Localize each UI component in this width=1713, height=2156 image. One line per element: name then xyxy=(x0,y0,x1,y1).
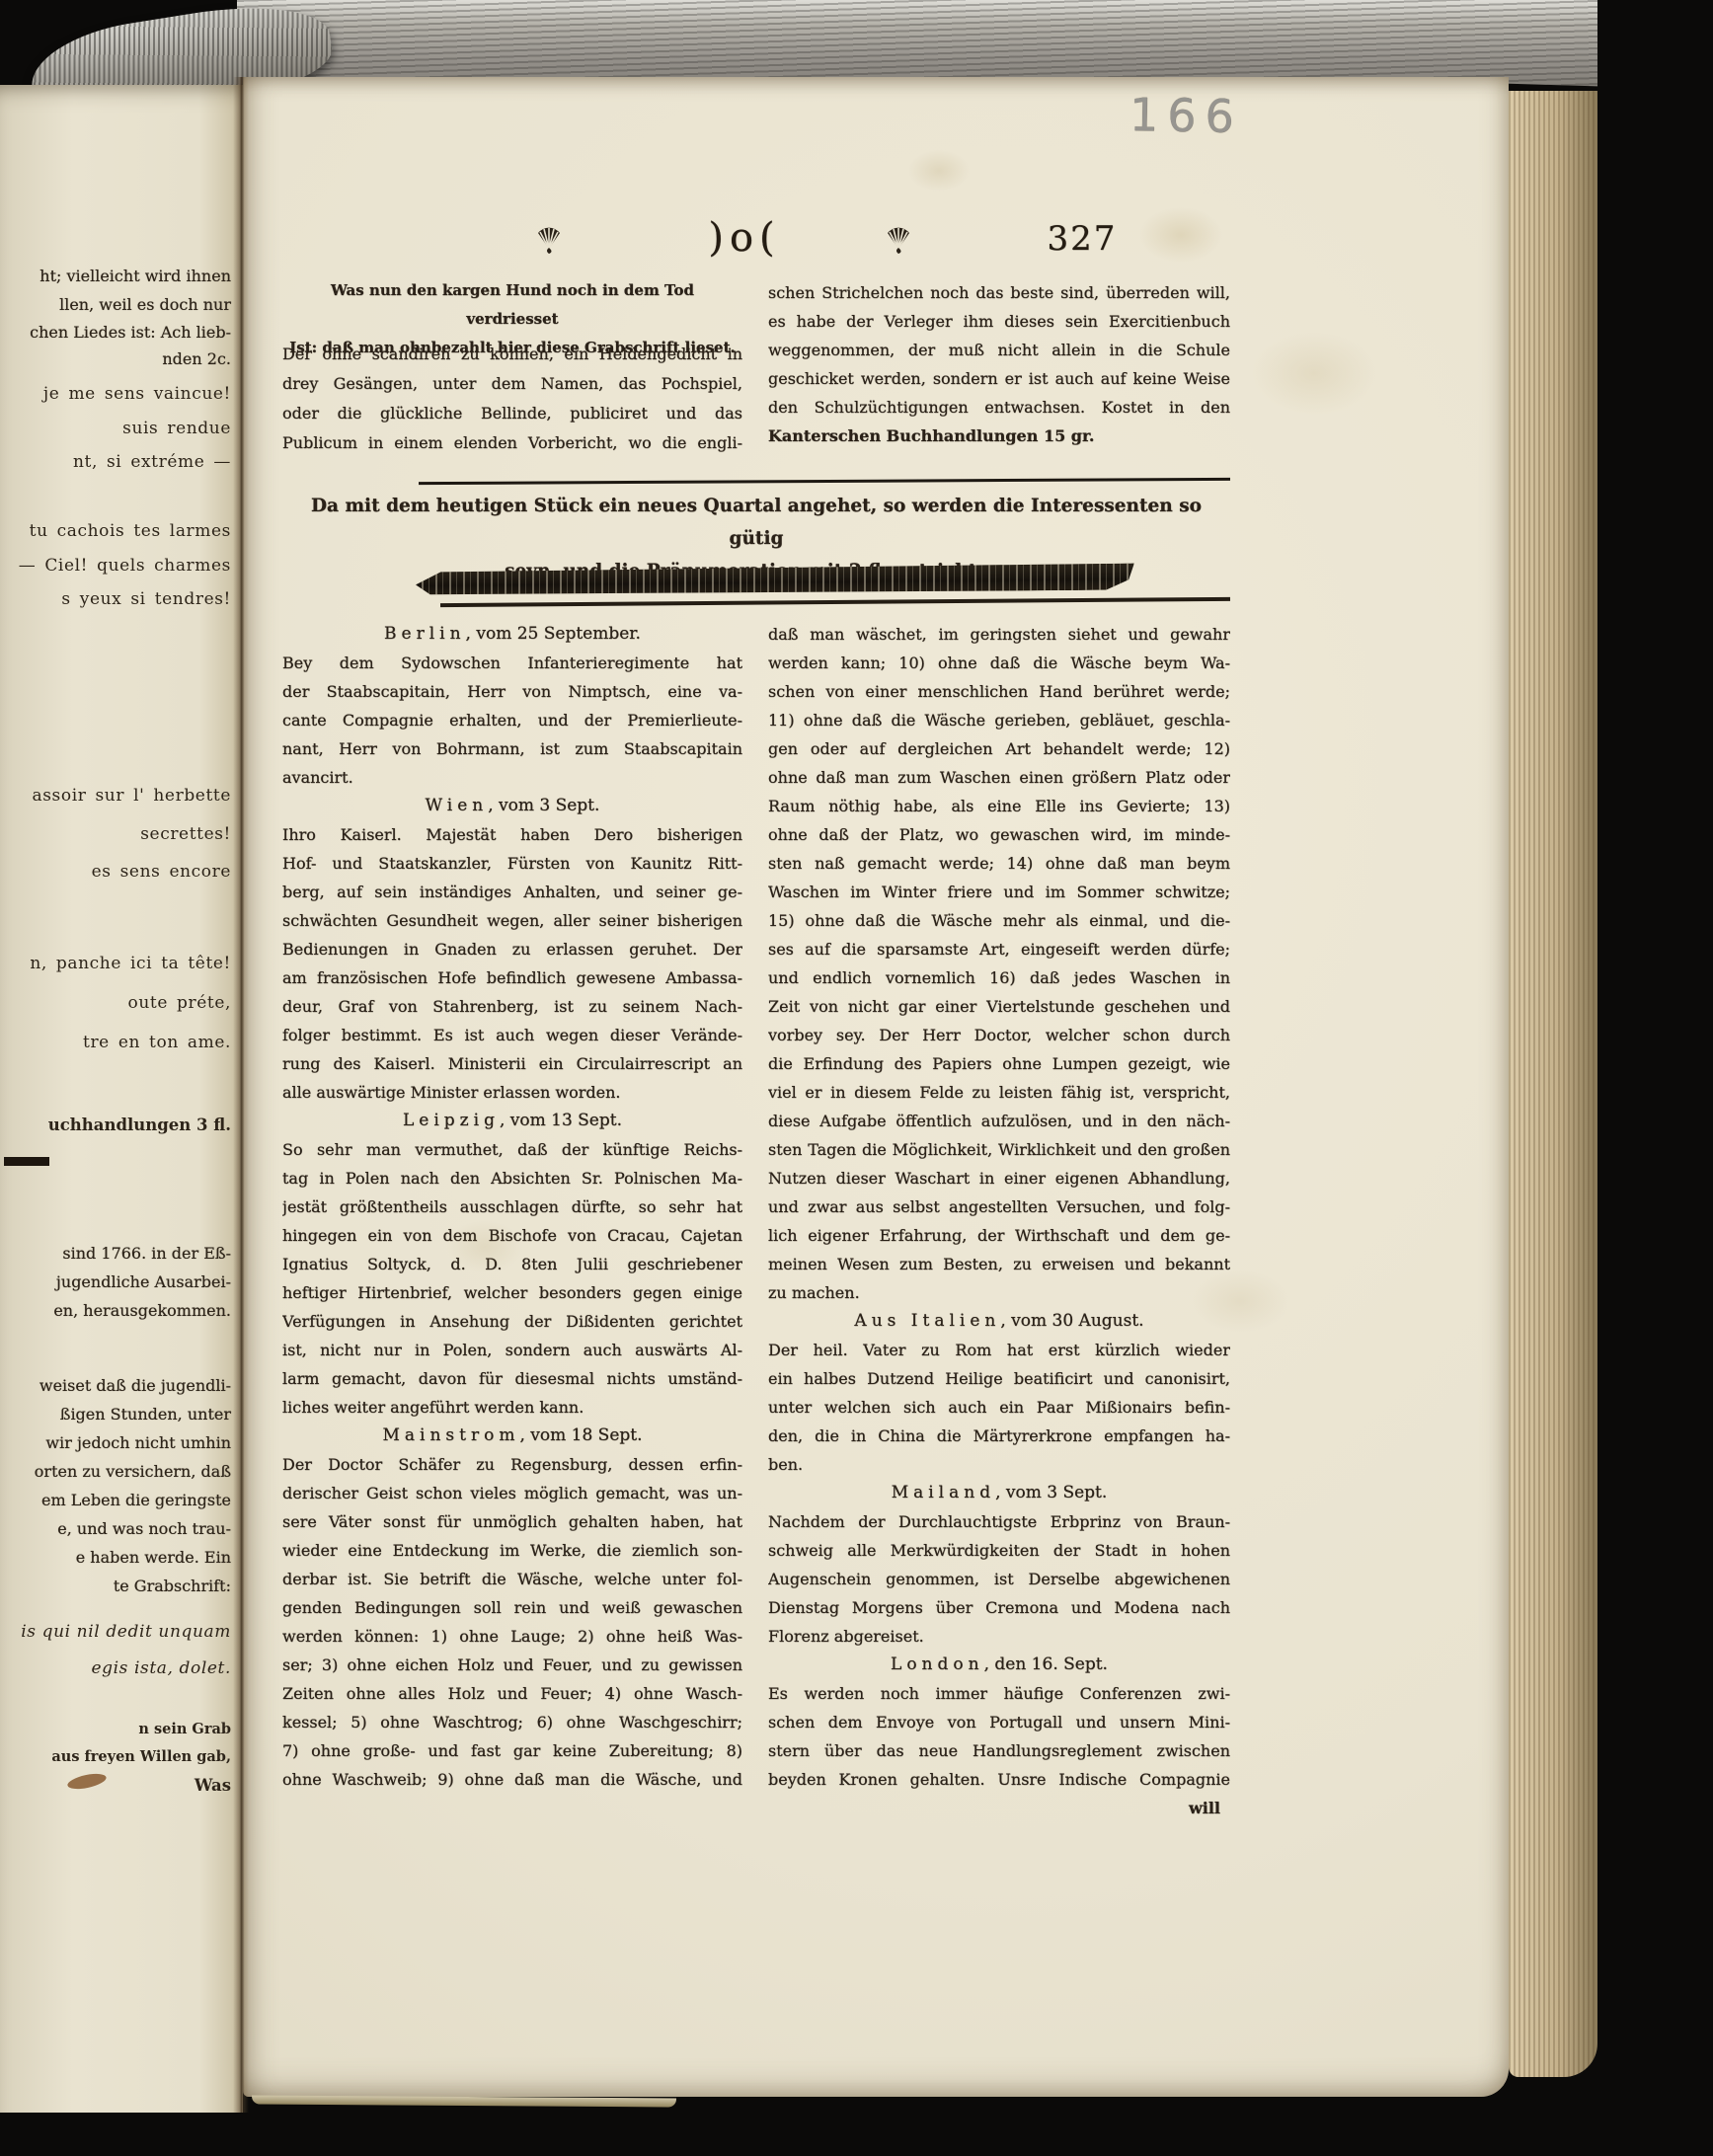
text-line: viel er in diesem Felde zu leisten fähig… xyxy=(768,1078,1230,1107)
text-line: die Erfindung des Papiers ohne Lumpen ge… xyxy=(768,1049,1230,1078)
text-line: avancirt. xyxy=(282,763,742,792)
text-line: Zeit von nicht gar einer Viertelstunde g… xyxy=(768,992,1230,1021)
text-line: ben. xyxy=(768,1450,1230,1479)
text-line: ohne daß man zum Waschen einen größern P… xyxy=(768,763,1230,792)
text-line: am französischen Hofe befindlich gewesen… xyxy=(282,963,742,992)
text-line: schen dem Envoye von Portugall und unser… xyxy=(768,1708,1230,1736)
text-line: Ignatius Soltyck, d. D. 8ten Julii gesch… xyxy=(282,1250,742,1278)
text-line: nant, Herr von Bohrmann, ist zum Staabsc… xyxy=(282,734,742,763)
text-line: Augenschein genommen, ist Derselbe abgew… xyxy=(768,1565,1230,1593)
text-line: cante Compagnie erhalten, und der Premie… xyxy=(282,706,742,734)
header-separator-mark: )o( xyxy=(685,215,804,261)
page-gutter-fold xyxy=(233,77,249,2113)
ornamental-bar-rule xyxy=(440,597,1230,607)
prev-page-fragment: chen Liedes ist: Ach lieb- xyxy=(30,323,231,342)
text-line: werden kann; 10) ohne daß die Wäsche bey… xyxy=(768,649,1230,677)
prev-page-fragment: e, und was noch trau- xyxy=(57,1519,231,1538)
shell-ornament-icon xyxy=(531,223,567,261)
text-line: Zeiten ohne alles Holz und Feuer; 4) ohn… xyxy=(282,1679,742,1708)
text-line: den Schulzüchtigungen entwachsen. Kostet… xyxy=(768,393,1230,422)
prev-page-fragment: te Grabschrift: xyxy=(114,1577,231,1595)
text-line: und zwar aus selbst angestellten Versuch… xyxy=(768,1193,1230,1221)
text-line: Nachdem der Durchlauchtigste Erbprinz vo… xyxy=(768,1507,1230,1536)
text-line: unter welchen sich auch ein Paar Mißiona… xyxy=(768,1393,1230,1422)
dateline-date: , vom 30 August. xyxy=(1000,1311,1143,1331)
dateline-heading: Mailand, vom 3 Sept. xyxy=(768,1479,1230,1507)
text-line: heftiger Hirtenbrief, welcher besonders … xyxy=(282,1278,742,1307)
text-line: Es werden noch immer häufige Conferenzen… xyxy=(768,1679,1230,1708)
text-line: ein halbes Dutzend Heilige beatificirt u… xyxy=(768,1364,1230,1393)
text-line: berg, auf sein inständiges Anhalten, und… xyxy=(282,878,742,906)
dateline-date: , vom 18 Sept. xyxy=(519,1425,642,1445)
prev-page-fragment: ßigen Stunden, unter xyxy=(60,1405,231,1424)
text-line: rung des Kaiserl. Ministerii ein Circula… xyxy=(282,1049,742,1078)
prev-page-fragment: assoir sur l' herbette xyxy=(32,786,231,806)
catchword: will xyxy=(768,1794,1230,1822)
text-line: Ihro Kaiserl. Majestät haben Dero bisher… xyxy=(282,820,742,849)
text-line: Publicum in einem elenden Vorbericht, wo… xyxy=(282,428,742,458)
news-column-right: daß man wäschet, im geringsten siehet un… xyxy=(768,620,1230,1822)
prev-page-fragment: wir jedoch nicht umhin xyxy=(45,1433,231,1452)
prev-page-fragment: nden 2c. xyxy=(162,349,231,368)
text-line: schwächten Gesundheit wegen, aller seine… xyxy=(282,906,742,935)
text-line: den, die in China die Märtyrerkrone empf… xyxy=(768,1422,1230,1450)
text-line: beyden Kronen gehalten. Unsre Indische C… xyxy=(768,1765,1230,1794)
prev-page-fragment: weiset daß die jugendli- xyxy=(39,1376,231,1395)
text-line: Florenz abgereiset. xyxy=(768,1622,1230,1651)
text-line: hingegen ein von dem Bischofe von Cracau… xyxy=(282,1221,742,1250)
text-line: Nutzen dieser Waschart in einer eigenen … xyxy=(768,1164,1230,1193)
text-line: alle auswärtige Minister erlassen worden… xyxy=(282,1078,742,1107)
dateline-place: Mainstrom xyxy=(383,1425,520,1445)
printed-page-number: 327 xyxy=(1043,219,1122,259)
dateline-place: Wien xyxy=(426,796,489,815)
text-line: meinen Wesen zum Besten, zu erweisen und… xyxy=(768,1250,1230,1278)
text-line: ohne daß der Platz, wo gewaschen wird, i… xyxy=(768,820,1230,849)
dateline-date: , vom 13 Sept. xyxy=(500,1111,622,1130)
text-line: jestät größtentheils ausschlagen dürfte,… xyxy=(282,1193,742,1221)
text-line: schweig alle Merkwürdigkeiten der Stadt … xyxy=(768,1536,1230,1565)
newspaper-page: 166 )o( xyxy=(243,77,1509,2097)
dateline-place: London xyxy=(891,1655,984,1674)
text-line: oder die glückliche Bellinde, publiciret… xyxy=(282,399,742,428)
scanned-newspaper-page: ht; vielleicht wird ihnenllen, weil es d… xyxy=(0,0,1713,2156)
dateline-place: Aus Italien xyxy=(854,1311,1000,1331)
text-line: genden Bedingungen soll rein und weiß ge… xyxy=(282,1593,742,1622)
prev-page-fragment: — Ciel! quels charmes xyxy=(19,556,231,576)
text-line: ser; 3) ohne eichen Holz und Feuer, und … xyxy=(282,1651,742,1679)
dateline-place: Leipzig xyxy=(403,1111,500,1130)
shell-ornament-icon xyxy=(881,223,916,261)
text-line: Raum nöthig habe, als eine Elle ins Gevi… xyxy=(768,792,1230,820)
text-line: Der heil. Vater zu Rom hat erst kürzlich… xyxy=(768,1336,1230,1364)
handwritten-folio-number: 166 xyxy=(1129,88,1244,143)
text-line: derbar ist. Sie betrift die Wäsche, welc… xyxy=(282,1565,742,1593)
dateline-heading: Leipzig, vom 13 Sept. xyxy=(282,1107,742,1135)
text-line: 11) ohne daß die Wäsche gerieben, gebläu… xyxy=(768,706,1230,734)
prev-page-fragment: n sein Grab xyxy=(138,1721,231,1737)
text-line: werden können: 1) ohne Lauge; 2) ohne he… xyxy=(282,1622,742,1651)
top-right-paragraph: schen Strichelchen noch das beste sind, … xyxy=(768,278,1230,450)
horizontal-rule xyxy=(419,478,1230,485)
news-column-left: Berlin, vom 25 September.Bey dem Sydowsc… xyxy=(282,620,742,1794)
prev-page-fragment: ht; vielleicht wird ihnen xyxy=(39,267,231,285)
text-line: daß man wäschet, im geringsten siehet un… xyxy=(768,620,1230,649)
text-line: diese Aufgabe öffentlich aufzulösen, und… xyxy=(768,1107,1230,1135)
prev-page-fragment: Was xyxy=(195,1776,231,1795)
text-line: tag in Polen nach den Absichten Sr. Poln… xyxy=(282,1164,742,1193)
text-line: es habe der Verleger ihm dieses sein Exe… xyxy=(768,307,1230,336)
text-line: schen Strichelchen noch das beste sind, … xyxy=(768,278,1230,307)
notice-line: Da mit dem heutigen Stück ein neues Quar… xyxy=(282,490,1230,555)
prev-page-fragment: nt, si extréme — xyxy=(73,452,231,472)
text-line: und endlich vornemlich 16) daß jedes Was… xyxy=(768,963,1230,992)
text-line: drey Gesängen, unter dem Namen, das Poch… xyxy=(282,369,742,399)
text-line: sten naß gemacht werde; 14) ohne daß man… xyxy=(768,849,1230,878)
prev-page-fragment: tu cachois tes larmes xyxy=(30,521,231,541)
epigram-line: Was nun den kargen Hund noch in dem Tod … xyxy=(282,276,742,334)
prev-page-fragment: uchhandlungen 3 fl. xyxy=(48,1116,231,1134)
publisher-line: Kanterschen Buchhandlungen 15 gr. xyxy=(768,422,1230,450)
text-line: ist, nicht nur in Polen, sondern auch au… xyxy=(282,1336,742,1364)
prev-page-fragment: is qui nil dedit unquam xyxy=(21,1622,231,1642)
prev-page-fragment: je me sens vaincue! xyxy=(43,384,231,404)
text-line: folger bestimmt. Es ist auch wegen diese… xyxy=(282,1021,742,1049)
dateline-heading: Aus Italien, vom 30 August. xyxy=(768,1307,1230,1336)
divider-dash xyxy=(4,1157,49,1166)
dateline-place: Mailand xyxy=(892,1483,995,1502)
text-line: wieder eine Entdeckung im Werke, die zie… xyxy=(282,1536,742,1565)
text-line: sten Tagen die Möglichkeit, Wirklichkeit… xyxy=(768,1135,1230,1164)
text-line: schen von einer menschlichen Hand berühr… xyxy=(768,677,1230,706)
prev-page-fragment: oute préte, xyxy=(128,993,231,1013)
text-line: ohne Waschweib; 9) ohne daß man die Wäsc… xyxy=(282,1765,742,1794)
text-line: stern über das neue Handlungsreglement z… xyxy=(768,1736,1230,1765)
paper-stain xyxy=(66,1771,108,1792)
page-header: )o( 327 xyxy=(282,221,1230,267)
dateline-heading: Berlin, vom 25 September. xyxy=(282,620,742,649)
prev-page-fragment: e haben werde. Ein xyxy=(76,1548,231,1567)
dateline-heading: London, den 16. Sept. xyxy=(768,1651,1230,1679)
prev-page-fragment: secrettes! xyxy=(140,824,231,844)
text-line: ses auf die sparsamste Art, eingeseift w… xyxy=(768,935,1230,963)
text-line: vorbey sey. Der Herr Doctor, welcher sch… xyxy=(768,1021,1230,1049)
text-line: weggenommen, der muß nicht allein in die… xyxy=(768,336,1230,364)
prev-page-fragment: jugendliche Ausarbei- xyxy=(56,1272,231,1291)
dateline-date: , vom 25 September. xyxy=(466,624,641,644)
text-line: sere Väter sonst für unmöglich gehalten … xyxy=(282,1507,742,1536)
dateline-date: , den 16. Sept. xyxy=(984,1655,1108,1674)
dateline-date: , vom 3 Sept. xyxy=(995,1483,1107,1502)
text-line: So sehr man vermuthet, daß der künftige … xyxy=(282,1135,742,1164)
prev-page-fragment: aus freyen Willen gab, xyxy=(51,1748,231,1765)
prev-page-fragment: en, herausgekommen. xyxy=(53,1301,231,1320)
top-left-paragraph: Der ohne scandiren zu können, ein Helden… xyxy=(282,340,742,458)
text-line: geschicket werden, sondern er ist auch a… xyxy=(768,364,1230,393)
text-line: zu machen. xyxy=(768,1278,1230,1307)
prev-page-fragment: tre en ton ame. xyxy=(83,1033,231,1052)
text-line: liches weiter angeführt werden kann. xyxy=(282,1393,742,1422)
prev-page-fragment: n, panche ici ta tête! xyxy=(30,954,231,973)
text-line: Bey dem Sydowschen Infanterieregimente h… xyxy=(282,649,742,677)
prev-page-fragment: es sens encore xyxy=(92,862,231,882)
text-line: Waschen im Winter friere und im Sommer s… xyxy=(768,878,1230,906)
text-line: lich eigener Erfahrung, der Wirthschaft … xyxy=(768,1221,1230,1250)
prev-page-fragment: suis rendue xyxy=(122,419,231,438)
text-line: gen oder auf dergleichen Art behandelt w… xyxy=(768,734,1230,763)
book-fore-edge xyxy=(1509,91,1597,2077)
text-line: Hof- und Staatskanzler, Fürsten von Kaun… xyxy=(282,849,742,878)
dateline-heading: Mainstrom, vom 18 Sept. xyxy=(282,1422,742,1450)
prev-page-fragment: em Leben die geringste xyxy=(41,1491,231,1509)
text-line: Dienstag Morgens über Cremona und Modena… xyxy=(768,1593,1230,1622)
prev-page-fragment: orten zu versichern, daß xyxy=(35,1462,231,1481)
text-line: larm gemacht, davon für diesesmal nichts… xyxy=(282,1364,742,1393)
prev-page-fragment: sind 1766. in der Eß- xyxy=(62,1244,231,1263)
text-line: Bedienungen in Gnaden zu erlassen geruhe… xyxy=(282,935,742,963)
dateline-heading: Wien, vom 3 Sept. xyxy=(282,792,742,820)
text-line: deur, Graf von Stahrenberg, ist zu seine… xyxy=(282,992,742,1021)
text-line: Verfügungen in Ansehung der Dißidenten g… xyxy=(282,1307,742,1336)
text-line: kessel; 5) ohne Waschtrog; 6) ohne Wasch… xyxy=(282,1708,742,1736)
text-line: der Staabscapitain, Herr von Nimptsch, e… xyxy=(282,677,742,706)
dateline-date: , vom 3 Sept. xyxy=(488,796,599,815)
text-line: 7) ohne große- und fast gar keine Zubere… xyxy=(282,1736,742,1765)
text-line: derischer Geist schon vieles möglich gem… xyxy=(282,1479,742,1507)
prev-page-fragment: llen, weil es doch nur xyxy=(59,295,231,314)
text-line: 15) ohne daß die Wäsche mehr als einmal,… xyxy=(768,906,1230,935)
prev-page-fragment: egis ista, dolet. xyxy=(92,1658,232,1678)
page-bottom-edge xyxy=(252,2095,676,2107)
text-line: Der Doctor Schäfer zu Regensburg, dessen… xyxy=(282,1450,742,1479)
dateline-place: Berlin xyxy=(384,624,466,644)
previous-page-margin: ht; vielleicht wird ihnenllen, weil es d… xyxy=(0,85,243,2113)
prev-page-fragment: s yeux si tendres! xyxy=(61,589,231,609)
text-line: Der ohne scandiren zu können, ein Helden… xyxy=(282,340,742,369)
